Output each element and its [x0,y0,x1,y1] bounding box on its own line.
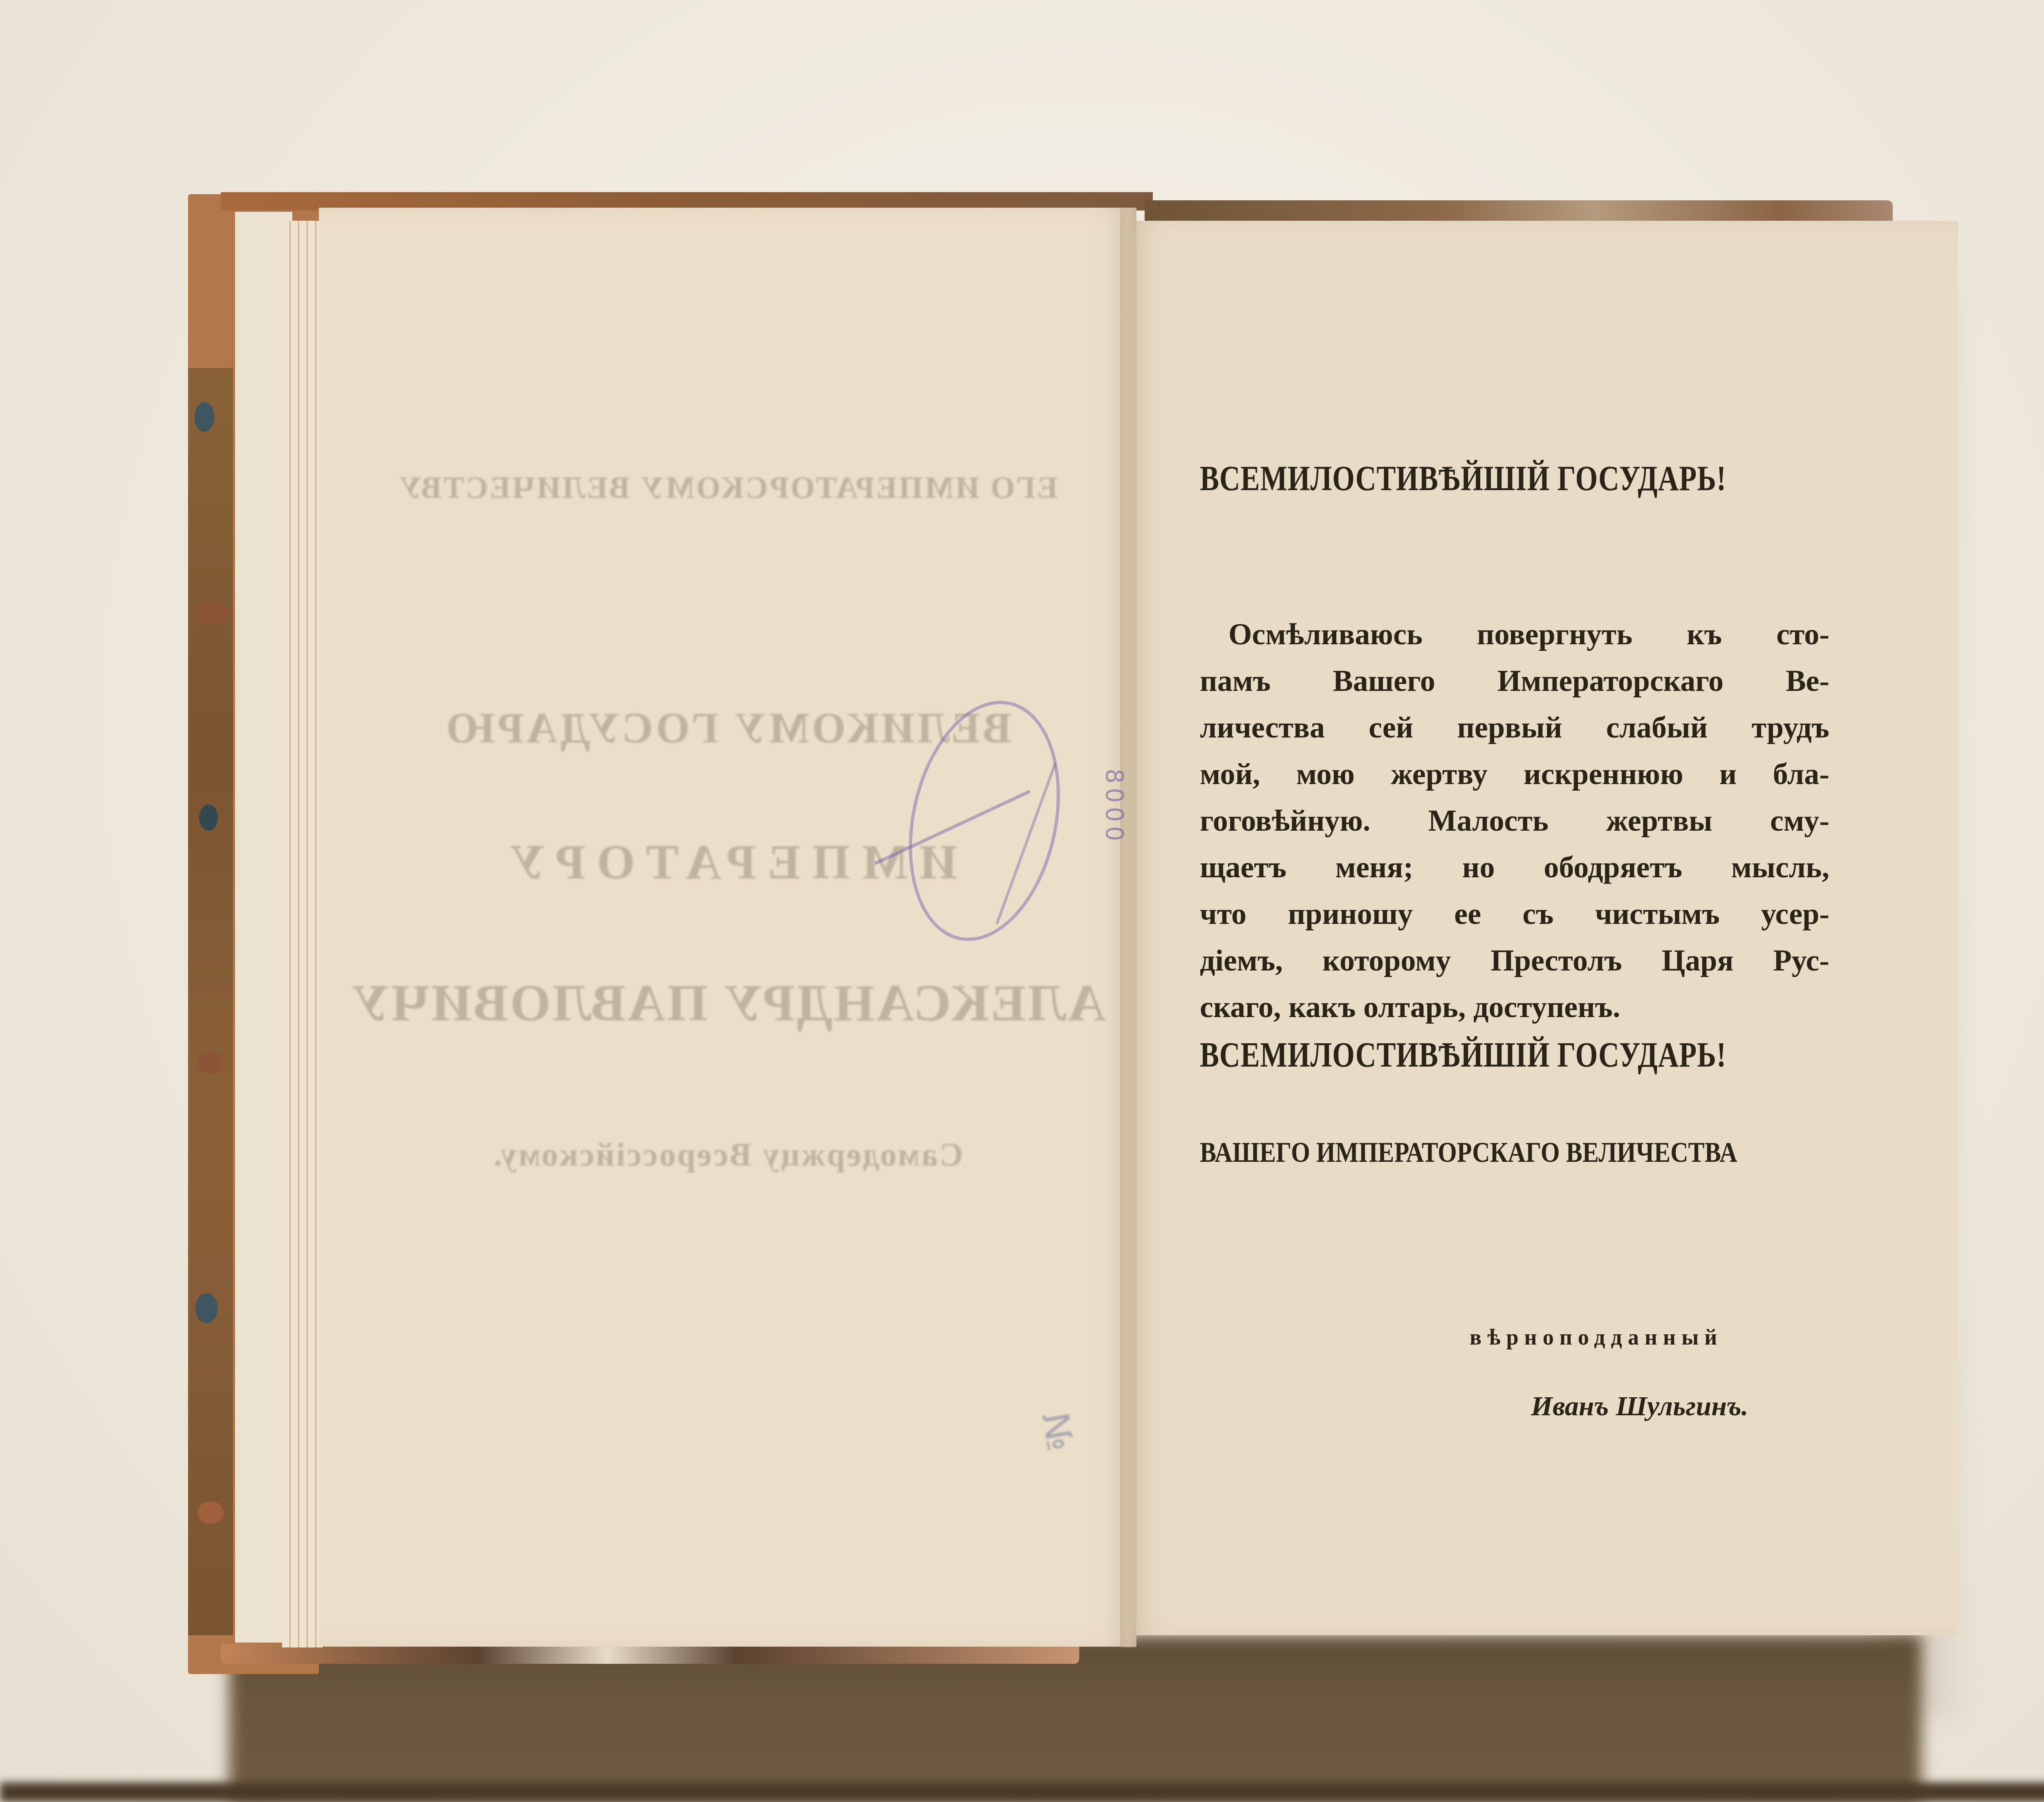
table-edge-shadow [0,1782,2044,1802]
page-edges [282,221,323,1647]
closing-address: ВАШЕГО ИМПЕРАТОРСКАГО ВЕЛИЧЕСТВА [1200,1136,1737,1169]
left-page [319,208,1136,1647]
subject-line: вѣрноподданный [1470,1325,1723,1350]
showthrough-line: ВЕЛИКОМУ ГОСУДАРЮ [319,703,1284,753]
body-line: личества сей первый слабый трудъ [1200,704,1829,751]
body-line: скаго, какъ олтарь, доступенъ. [1200,984,1829,1031]
inventory-number: 8000 [1104,769,1128,1239]
salutation-repeat: ВСЕМИЛОСТИВѢЙШІЙ ГОСУДАРЬ! [1200,1034,1726,1075]
body-line: діемъ, которому Престолъ Царя Рус- [1200,937,1829,984]
body-line: мой, мою жертву искреннюю и бла- [1200,751,1829,798]
showthrough-line: Самодержцу Всероссійскому. [319,1136,1271,1174]
pencil-mark: № [1033,1409,1082,1454]
body-line: что приношу ее съ чистымъ усер- [1200,891,1829,937]
body-line: Осмѣливаюсь повергнуть къ сто- [1200,611,1829,658]
body-line: памъ Вашего Императорскаго Ве- [1200,658,1829,704]
showthrough-line: ИМПЕРАТОРУ [319,834,1280,890]
showthrough-line: ЕГО ИМПЕРАТОРСКОМУ ВЕЛИЧЕСТВУ [319,470,1198,506]
body-line: гоговѣйную. Малость жертвы сму- [1200,798,1829,844]
body-line: щаетъ меня; но ободряетъ мысль, [1200,844,1829,891]
salutation-heading: ВСЕМИЛОСТИВѢЙШІЙ ГОСУДАРЬ! [1200,458,1726,499]
marbled-board [188,368,233,1635]
signature: Иванъ Шульгинъ. [1531,1390,1748,1422]
dedication-body: Осмѣливаюсь повергнуть къ сто- памъ Ваше… [1200,611,1829,1031]
